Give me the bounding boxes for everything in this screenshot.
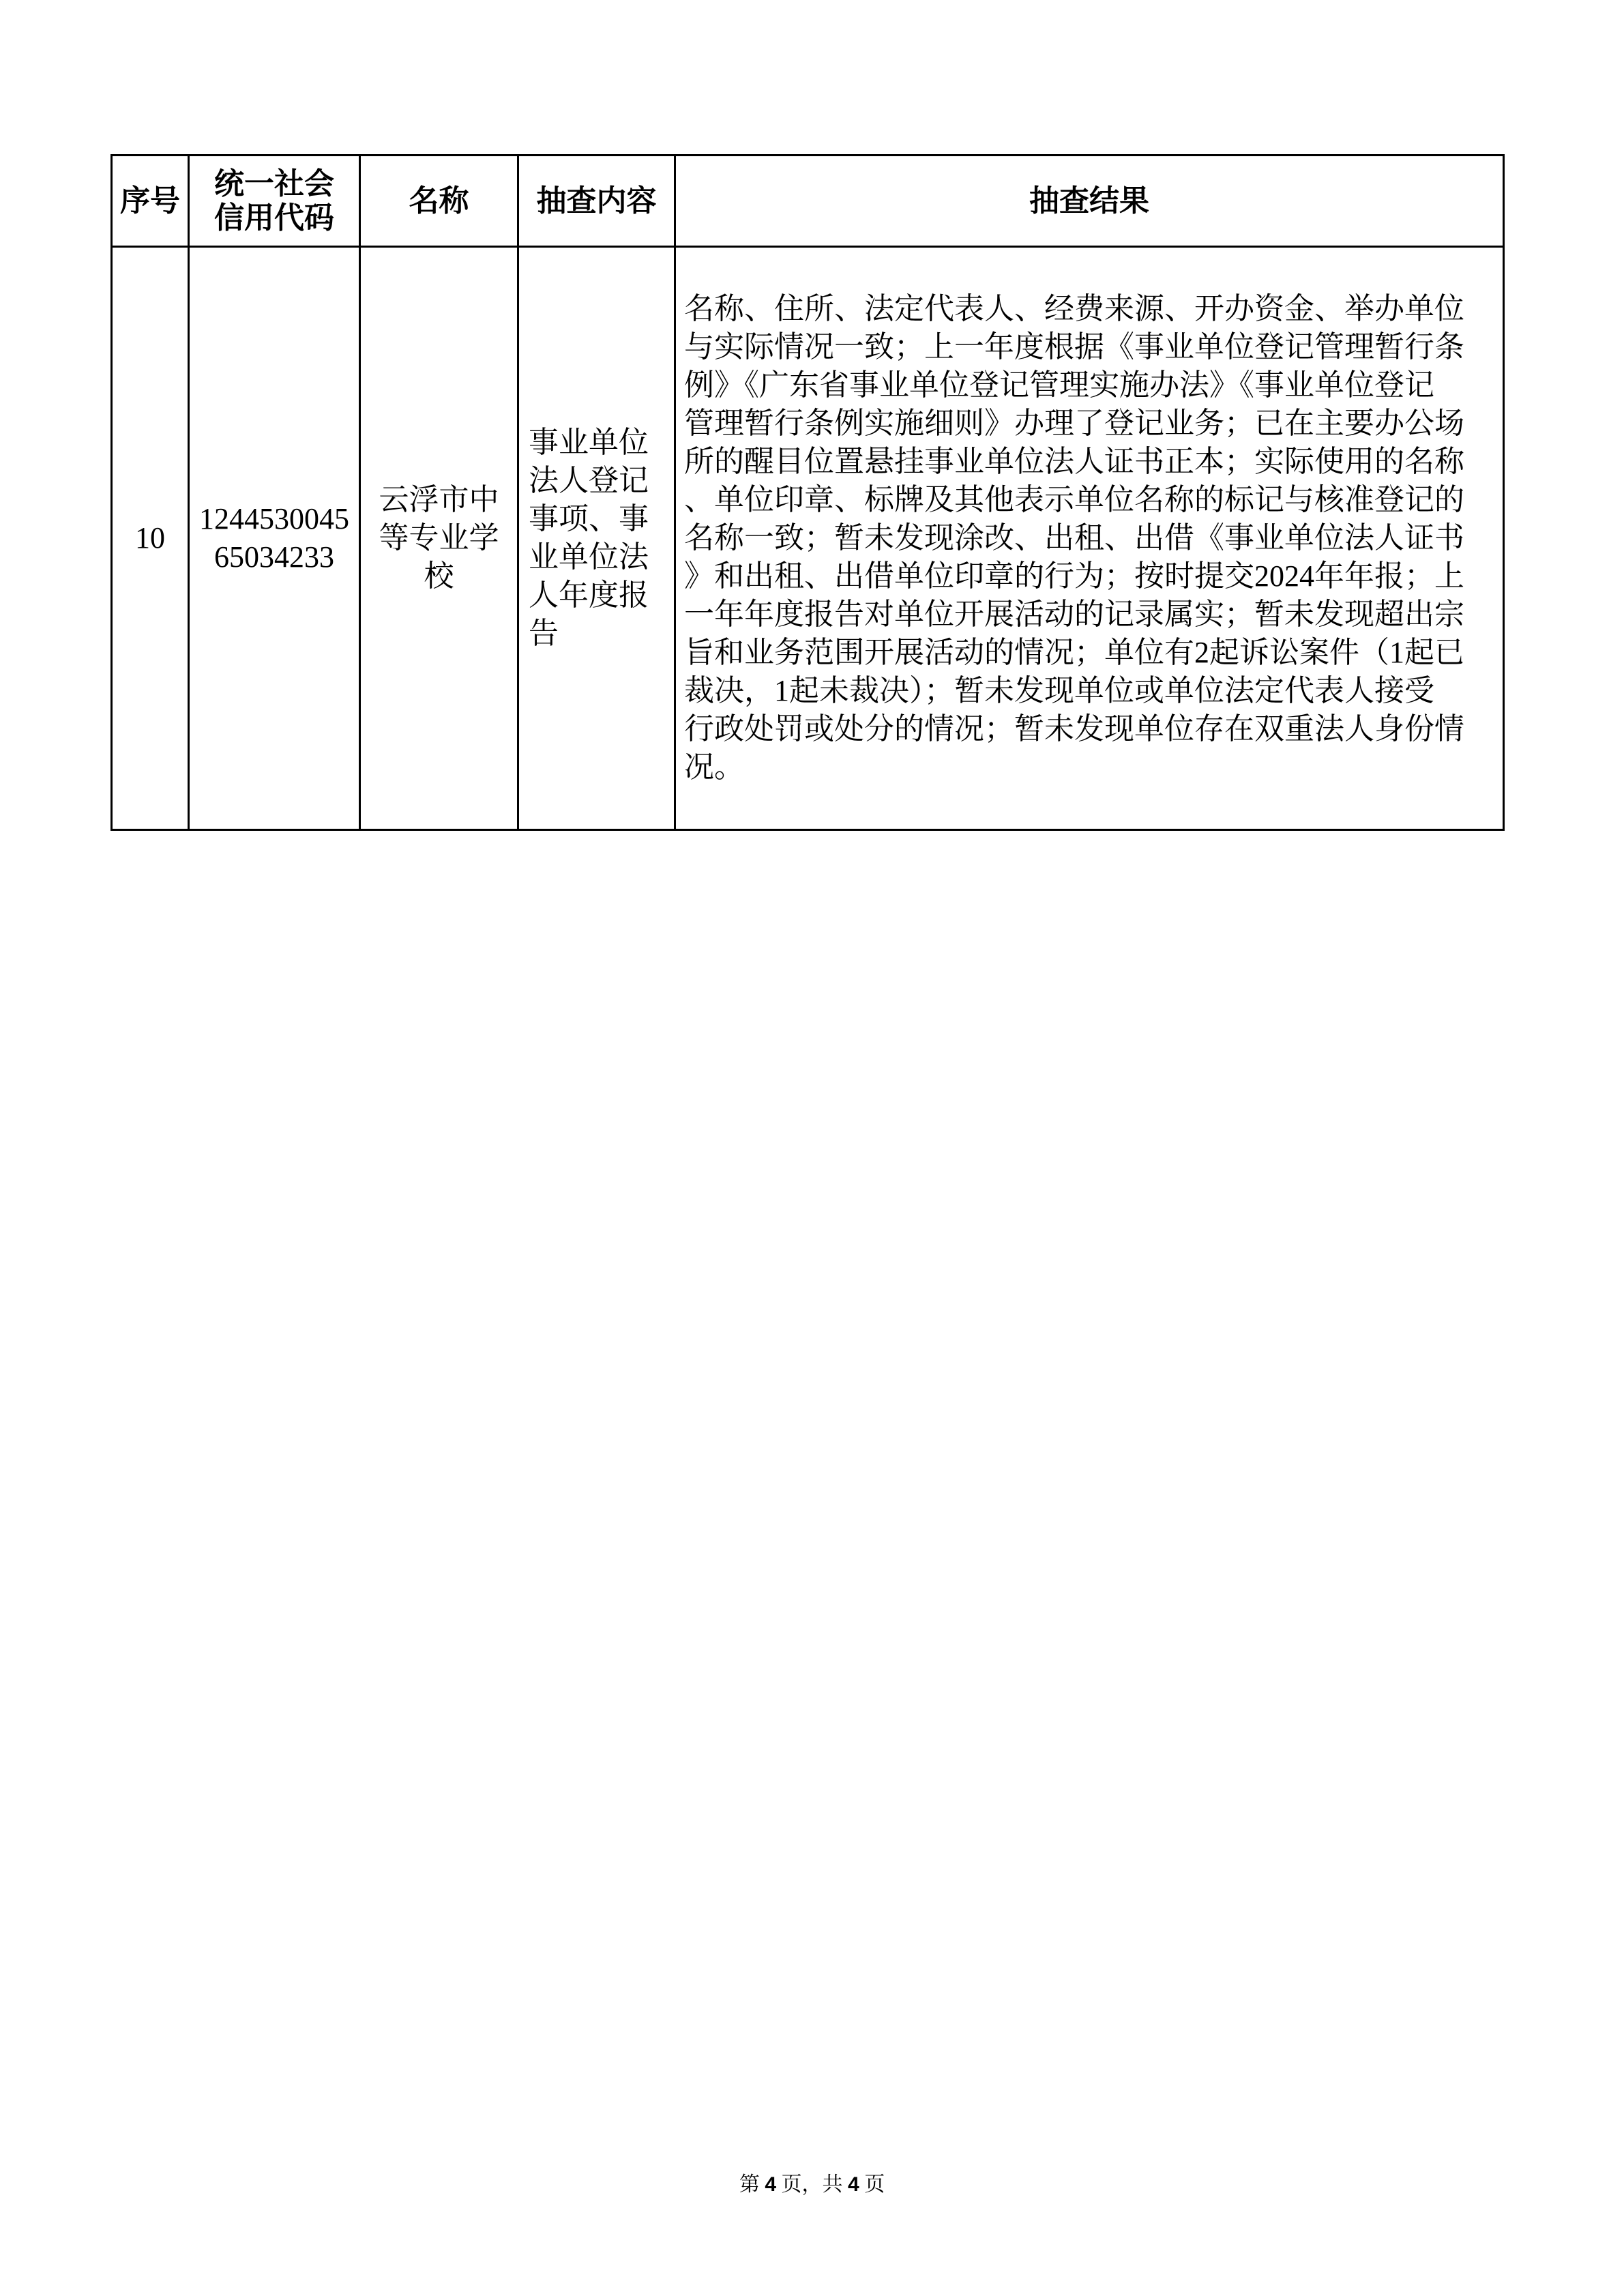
footer-text-suffix: 页 (859, 2173, 885, 2196)
cell-name: 云浮市中 等专业学 校 (360, 247, 518, 830)
cell-seq: 10 (112, 247, 189, 830)
inspection-results-table: 序号 统一社会 信用代码 名称 抽查内容 抽查结果 10 1244530045 … (110, 154, 1505, 831)
header-inspection-content: 抽查内容 (518, 156, 675, 247)
footer-current-page-number: 4 (765, 2173, 776, 2196)
header-inspection-result: 抽查结果 (675, 156, 1504, 247)
header-seq: 序号 (112, 156, 189, 247)
footer-total-page-number: 4 (848, 2173, 859, 2196)
cell-inspection-result: 名称、住所、法定代表人、经费来源、开办资金、举办单位 与实际情况一致；上一年度根… (675, 247, 1504, 830)
cell-inspection-content: 事业单位 法人登记 事项、事 业单位法 人年度报 告 (518, 247, 675, 830)
header-name: 名称 (360, 156, 518, 247)
table-row: 10 1244530045 65034233 云浮市中 等专业学 校 事业单位 … (112, 247, 1504, 830)
cell-credit-code: 1244530045 65034233 (189, 247, 360, 830)
header-credit-code: 统一社会 信用代码 (189, 156, 360, 247)
page-footer: 第 4 页，共 4 页 (0, 2173, 1624, 2196)
footer-text-middle: 页，共 (776, 2173, 848, 2196)
footer-text-prefix: 第 (739, 2173, 765, 2196)
document-page: 序号 统一社会 信用代码 名称 抽查内容 抽查结果 10 1244530045 … (0, 0, 1624, 2296)
table-header-row: 序号 统一社会 信用代码 名称 抽查内容 抽查结果 (112, 156, 1504, 247)
